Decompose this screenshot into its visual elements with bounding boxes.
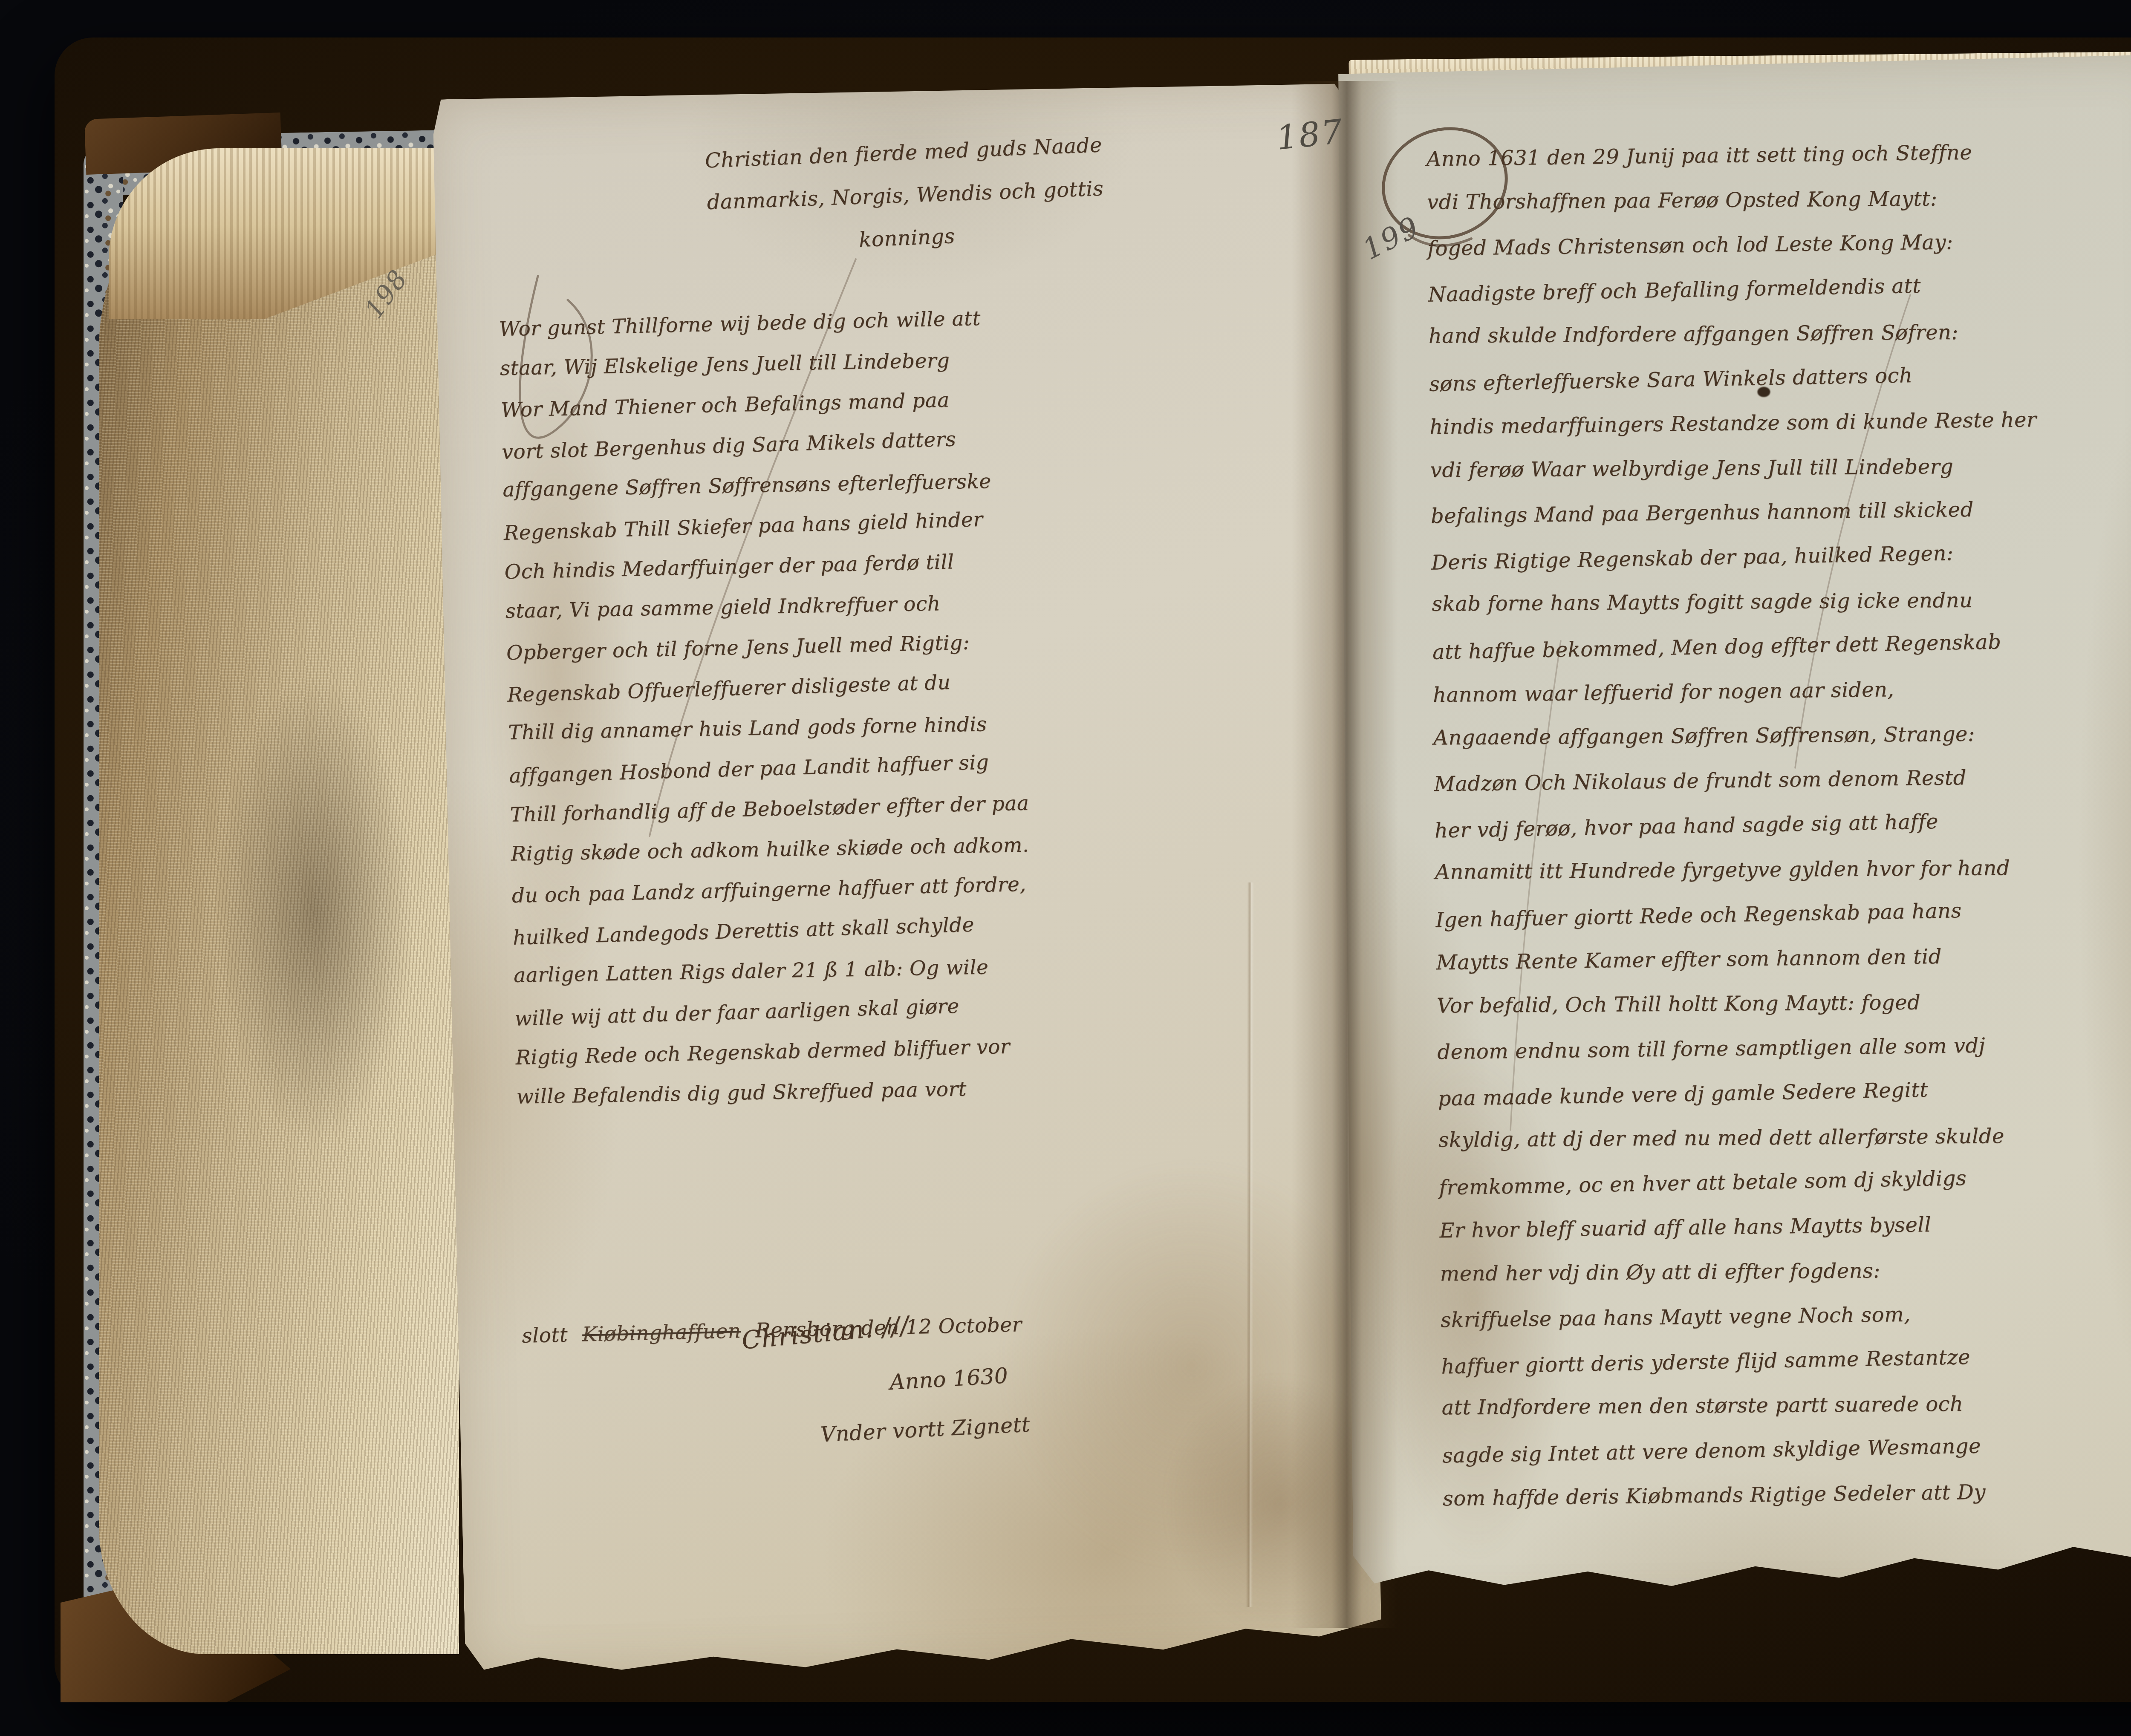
photo-background: Christian den fierde med guds Naadedanma… [0,0,2131,1736]
letter-body: Wor gunst Thillforne wij bede dig och wi… [499,297,1036,1119]
manuscript-text-line: hannom waar leffuerid for nogen aar side… [1432,665,2040,717]
right-page: Anno 1631 den 29 Junij paa itt sett ting… [1335,55,2131,1618]
dateline-pre: slott [522,1323,568,1347]
court-record-body: Anno 1631 den 29 Junij paa itt sett ting… [1426,130,2050,1521]
manuscript-text-line: hand skulde Indfordere affgangen Søffren… [1428,310,2036,359]
page-edge-stack-left [99,167,459,1654]
manuscript-text-line: Vor befalid, Och Thill holtt Kong Maytt:… [1437,980,2044,1029]
folio-number-187: 187 [1275,112,1346,158]
struck-out-word: Kiøbinghaffuen [582,1319,742,1346]
left-page: Christian den fierde med guds Naadedanma… [430,79,1384,1678]
manuscript-text-line: att Indfordere men den største partt sua… [1441,1381,2049,1430]
manuscript-text-line: wille Befalendis dig gud Skreffued paa v… [516,1067,1036,1117]
manuscript-text-line: haffuer giortt deris yderste flijd samme… [1441,1333,2048,1389]
manuscript-text-line: her vdj ferøø, hvor paa hand sagde sig a… [1434,797,2042,853]
manuscript-text-line: paa maade kunde vere dj gamle Sedere Reg… [1438,1065,2045,1121]
manuscript-text-line: Deris Rigtige Regenskab der paa, huilked… [1431,530,2039,585]
manuscript-text-line: Er hvor bleff suarid aff alle hans Maytt… [1439,1201,2047,1253]
manuscript-text-line: skyldig, att dj der med nu med dett alle… [1438,1113,2045,1162]
manuscript-text-line: Anno 1631 den 29 Junij paa itt sett ting… [1426,130,2033,182]
page-fold-crease [1246,882,1254,1607]
manuscript-text-line: Angaaende affgangen Søffren Søffrensøn, … [1433,712,2041,761]
manuscript-text-line: hindis medarffuingers Restandze som di k… [1429,398,2037,450]
manuscript-text-line: skab forne hans Maytts fogitt sagde sig … [1432,578,2039,627]
royal-heading: Christian den fierde med guds Naadedanma… [571,118,1240,272]
manuscript-text-line: Maytts Rente Kamer effter som hannom den… [1436,933,2043,985]
seal-line: Vnder vortt Zignett [820,1412,1031,1447]
manuscript-text-line: som haffde deris Kiøbmands Rigtige Sedel… [1442,1469,2050,1521]
anno-line: Anno 1630 [889,1363,1009,1395]
manuscript-text-line: mend her vdj din Øy att di effter fogden… [1440,1247,2047,1296]
manuscript-text-line: Naadigste breff och Befalling formeldend… [1428,262,2036,317]
manuscript-text-line: vdi Thorshaffnen paa Ferøø Opsted Kong M… [1427,176,2034,225]
manuscript-text-line: vdi ferøø Waar welbyrdige Jens Jull till… [1430,444,2037,493]
manuscript-text-line: Annamitt itt Hundrede fyrgetyve gylden h… [1435,845,2042,894]
